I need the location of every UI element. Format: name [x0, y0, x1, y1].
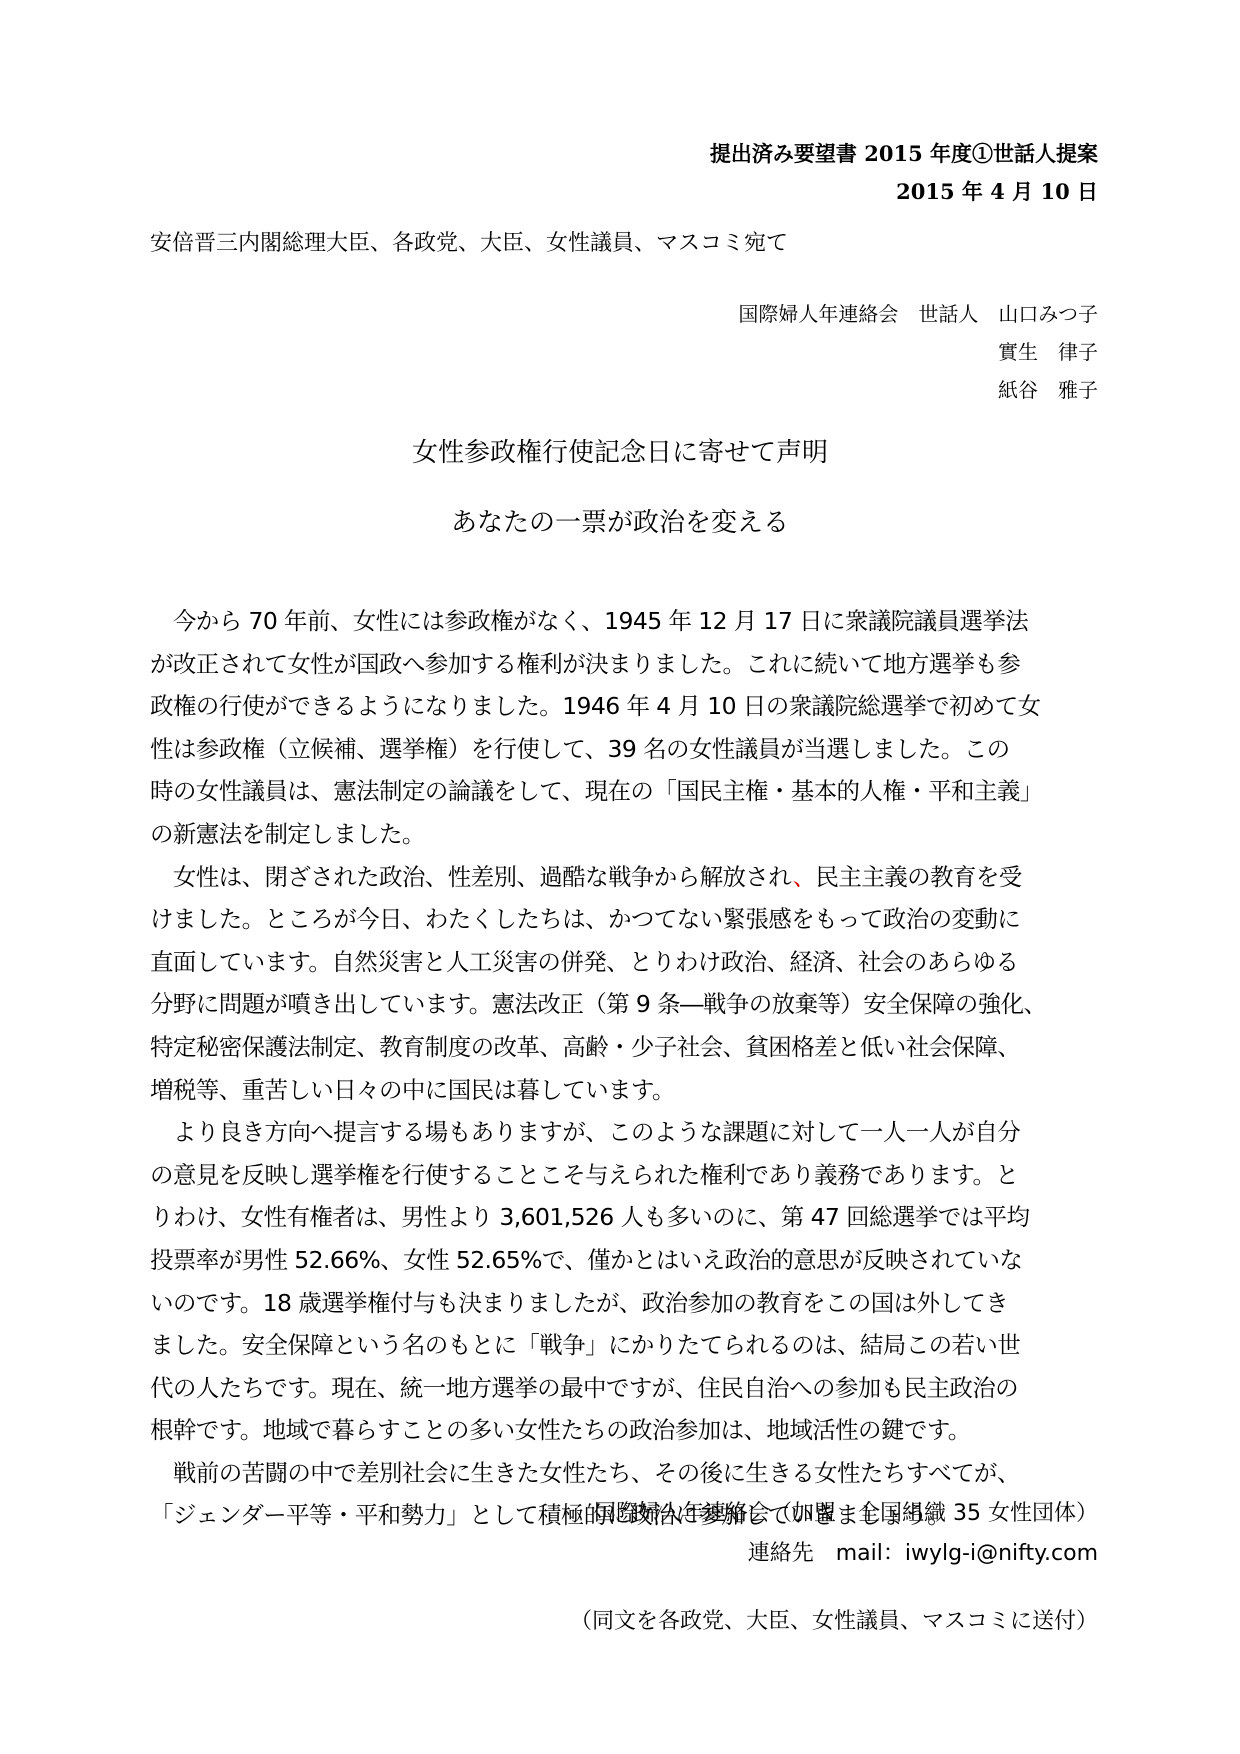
- body-line: より良き方向へ提言する場もありますが、このような課題に対して一人一人が自分: [150, 1111, 1100, 1154]
- body-line: いのです。18 歳選挙権付与も決まりましたが、政治参加の教育をこの国は外してき: [150, 1282, 1100, 1325]
- body-line: 根幹です。地域で暮らすことの多い女性たちの政治参加は、地域活性の鍵です。: [150, 1409, 1100, 1452]
- body-line: 今から 70 年前、女性には参政権がなく、1945 年 12 月 17 日に衆議…: [150, 600, 1100, 643]
- body-line: 戦前の苦闘の中で差別社会に生きた女性たち、その後に生きる女性たちすべてが、: [150, 1452, 1100, 1495]
- body-line: が改正されて女性が国政へ参加する権利が決まりました。これに続いて地方選挙も参: [150, 643, 1100, 686]
- body-line: ました。安全保障という名のもとに「戦争」にかりたてられるのは、結局この若い世: [150, 1324, 1100, 1367]
- body-line-head: 女性は、閉ざされた政治、性差別、過酷な戦争から解放され: [150, 863, 793, 891]
- body-line: 時の女性議員は、憲法制定の論議をして、現在の「国民主権・基本的人権・平和主義」: [150, 770, 1100, 813]
- statement-body: 今から 70 年前、女性には参政権がなく、1945 年 12 月 17 日に衆議…: [150, 600, 1100, 1537]
- date-line: 2015 年 4 月 10 日: [896, 176, 1098, 206]
- body-line: 分野に問題が噴き出しています。憲法改正（第 9 条―戦争の放棄等）安全保障の強化…: [150, 983, 1100, 1026]
- body-line: 直面しています。自然災害と人工災害の併発、とりわけ政治、経済、社会のあらゆる: [150, 941, 1100, 984]
- reference-line: 提出済み要望書 2015 年度①世話人提案: [710, 138, 1098, 168]
- body-line: けました。ところが今日、わたくしたちは、かつてない緊張感をもって政治の変動に: [150, 898, 1100, 941]
- signatory-line-2: 實生 律子: [998, 336, 1098, 365]
- body-line: 代の人たちです。現在、統一地方選挙の最中ですが、住民自治への参加も民主政治の: [150, 1367, 1100, 1410]
- body-line-with-red-comma: 女性は、閉ざされた政治、性差別、過酷な戦争から解放され、民主主義の教育を受: [150, 856, 1100, 899]
- signatory-line-1: 国際婦人年連絡会 世話人 山口みつ子: [738, 298, 1098, 327]
- red-comma: 、: [793, 863, 816, 891]
- footer-organization: 国際婦人年連絡会（加盟 全国組織 35 女性団体）: [594, 1496, 1098, 1527]
- body-line: 性は参政権（立候補、選挙権）を行使して、39 名の女性議員が当選しました。この: [150, 728, 1100, 771]
- footer-note: （同文を各政党、大臣、女性議員、マスコミに送付）: [570, 1604, 1098, 1635]
- document-title: 女性参政権行使記念日に寄せて声明: [0, 432, 1240, 469]
- body-line: の新憲法を制定しました。: [150, 813, 1100, 856]
- body-line: 投票率が男性 52.66%、女性 52.65%で、僅かとはいえ政治的意思が反映さ…: [150, 1239, 1100, 1282]
- body-line: りわけ、女性有権者は、男性より 3,601,526 人も多いのに、第 47 回総…: [150, 1196, 1100, 1239]
- body-line: 特定秘密保護法制定、教育制度の改革、高齢・少子社会、貧困格差と低い社会保障、: [150, 1026, 1100, 1069]
- signatory-line-3: 紙谷 雅子: [998, 374, 1098, 403]
- body-line: 増税等、重苦しい日々の中に国民は暮しています。: [150, 1069, 1100, 1112]
- body-line: 政権の行使ができるようになりました。1946 年 4 月 10 日の衆議院総選挙…: [150, 685, 1100, 728]
- body-line: の意見を反映し選挙権を行使することこそ与えられた権利であり義務であります。と: [150, 1154, 1100, 1197]
- document-subtitle: あなたの一票が政治を変える: [0, 502, 1240, 539]
- footer-contact: 連絡先 mail：iwylg-i@nifty.com: [748, 1536, 1098, 1567]
- addressee: 安倍晋三内閣総理大臣、各政党、大臣、女性議員、マスコミ宛て: [150, 226, 788, 257]
- body-line-tail: 民主主義の教育を受: [816, 863, 1022, 891]
